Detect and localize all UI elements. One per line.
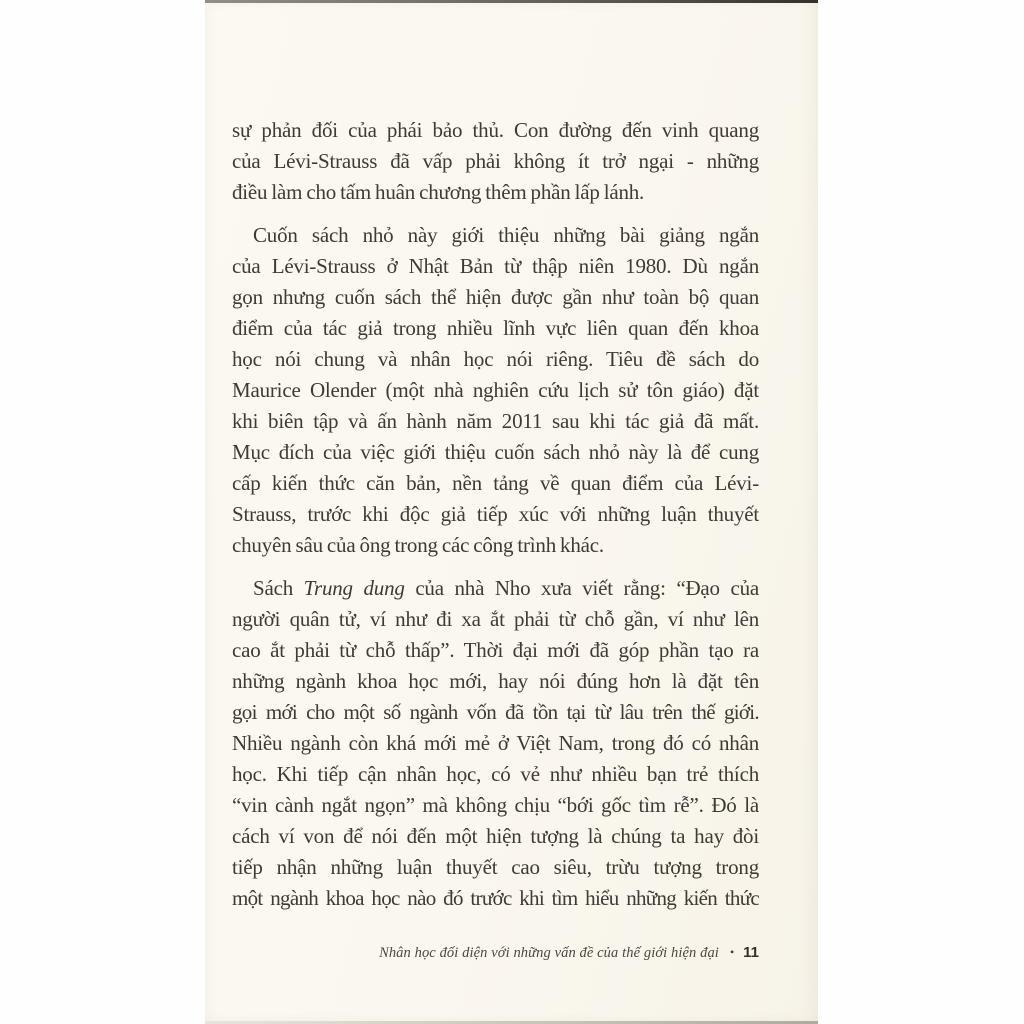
page-text-block: sự phản đối của phái bảo thủ. Con đường …	[232, 115, 759, 914]
text-line: một ngành khoa học nào đó trước khi tìm …	[232, 883, 759, 914]
page-top-scan-edge	[205, 0, 818, 3]
text-line: Sách Trung dung của nhà Nho xưa viết rằn…	[232, 573, 759, 604]
text-line: Cuốn sách nhỏ này giới thiệu những bài g…	[232, 220, 759, 251]
text-line: những ngành khoa học mới, hay nói đúng h…	[232, 666, 759, 697]
running-header-title: Nhân học đối diện với những vấn đề của t…	[379, 945, 719, 961]
text-line: điểm của tác giả trong nhiều lĩnh vực li…	[232, 313, 759, 344]
text-line: cấp kiến thức căn bản, nền tảng về quan …	[232, 468, 759, 499]
paragraph-1: sự phản đối của phái bảo thủ. Con đường …	[232, 115, 759, 208]
text-line: chuyên sâu của ông trong các công trình …	[232, 530, 759, 561]
paragraph-2: Cuốn sách nhỏ này giới thiệu những bài g…	[232, 220, 759, 561]
screenshot-canvas: sự phản đối của phái bảo thủ. Con đường …	[0, 0, 1024, 1024]
text-line: Nhiều ngành còn khá mới mẻ ở Việt Nam, t…	[232, 728, 759, 759]
text-line: “vin cành ngắt ngọn” mà không chịu “bới …	[232, 790, 759, 821]
text-run: của nhà Nho xưa viết rằng: “Đạo của	[405, 576, 759, 600]
text-run: Sách	[253, 576, 304, 600]
text-line: tiếp nhận những luận thuyết cao siêu, tr…	[232, 852, 759, 883]
text-line: khi biên tập và ấn hành năm 2011 sau khi…	[232, 406, 759, 437]
footer-bullet-separator: •	[730, 945, 734, 960]
text-line: học. Khi tiếp cận nhân học, có vẻ như nh…	[232, 759, 759, 790]
page-number: 11	[743, 944, 759, 961]
text-line: của Lévi-Strauss đã vấp phải không ít tr…	[232, 146, 759, 177]
text-line: Strauss, trước khi độc giả tiếp xúc với …	[232, 499, 759, 530]
text-line: Mục đích của việc giới thiệu cuốn sách n…	[232, 437, 759, 468]
text-line: Maurice Olender (một nhà nghiên cứu lịch…	[232, 375, 759, 406]
text-line: của Lévi-Strauss ở Nhật Bản từ thập niên…	[232, 251, 759, 282]
text-line: gọi mới cho một số ngành vốn đã tồn tại …	[232, 697, 759, 728]
book-page: sự phản đối của phái bảo thủ. Con đường …	[205, 0, 818, 1024]
text-line: sự phản đối của phái bảo thủ. Con đường …	[232, 115, 759, 146]
text-line: cách ví von để nói đến một hiện tượng là…	[232, 821, 759, 852]
text-line: gọn nhưng cuốn sách thể hiện được gần nh…	[232, 282, 759, 313]
book-title-italic: Trung dung	[304, 576, 405, 600]
text-line: cao ắt phải từ chỗ thấp”. Thời đại mới đ…	[232, 635, 759, 666]
page-footer: Nhân học đối diện với những vấn đề của t…	[232, 944, 759, 962]
text-line: học nói chung và nhân học nói riêng. Tiê…	[232, 344, 759, 375]
text-line: người quân tử, ví như đi xa ắt phải từ c…	[232, 604, 759, 635]
text-line: điều làm cho tấm huân chương thêm phần l…	[232, 177, 759, 208]
paragraph-3: Sách Trung dung của nhà Nho xưa viết rằn…	[232, 573, 759, 914]
